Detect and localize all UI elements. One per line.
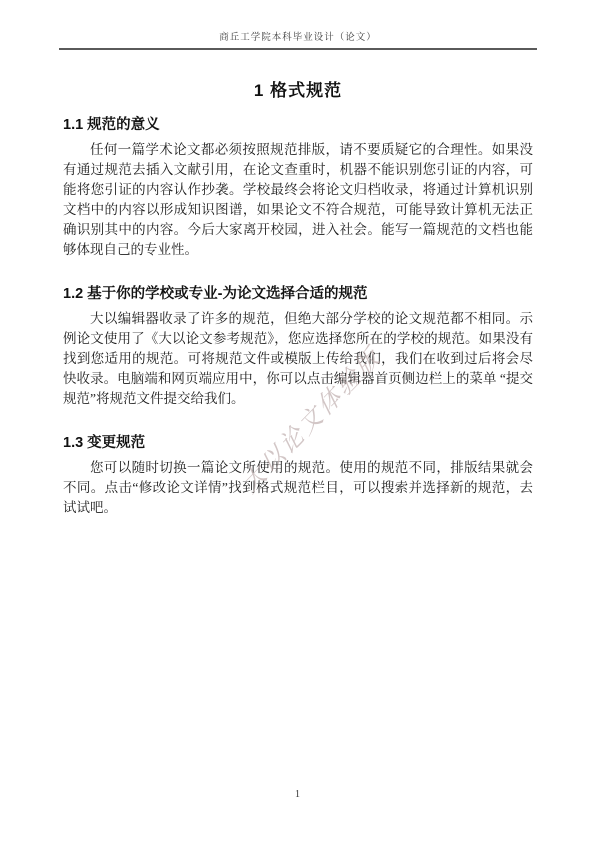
section-paragraph-1-3: 您可以随时切换一篇论文所使用的规范。使用的规范不同，排版结果就会不同。点击“修改… (63, 458, 533, 518)
section-change-standard: 1.3 变更规范 您可以随时切换一篇论文所使用的规范。使用的规范不同，排版结果就… (63, 431, 533, 518)
section-heading-1-3: 1.3 变更规范 (63, 431, 533, 452)
section-choose-standard: 1.2 基于你的学校或专业-为论文选择合适的规范 大以编辑器收录了许多的规范，但… (63, 282, 533, 409)
section-paragraph-1-1: 任何一篇学术论文都必须按照规范排版，请不要质疑它的合理性。如果没有通过规范去插入… (63, 140, 533, 260)
section-heading-1-1: 1.1 规范的意义 (63, 113, 533, 134)
page-number: 1 (295, 789, 300, 800)
page-footer: 1 (0, 789, 595, 800)
document-content: 1 格式规范 1.1 规范的意义 任何一篇学术论文都必须按照规范排版，请不要质疑… (63, 76, 533, 518)
document-page: 商丘工学院本科毕业设计（论文） 1 格式规范 1.1 规范的意义 任何一篇学术论… (0, 0, 595, 842)
page-header: 商丘工学院本科毕业设计（论文） (59, 29, 537, 50)
section-heading-1-2: 1.2 基于你的学校或专业-为论文选择合适的规范 (63, 282, 533, 303)
section-meaning-of-standards: 1.1 规范的意义 任何一篇学术论文都必须按照规范排版，请不要质疑它的合理性。如… (63, 113, 533, 260)
chapter-title: 1 格式规范 (63, 76, 533, 101)
section-paragraph-1-2: 大以编辑器收录了许多的规范，但绝大部分学校的论文规范都不相同。示例论文使用了《大… (63, 309, 533, 409)
header-title: 商丘工学院本科毕业设计（论文） (219, 33, 377, 43)
